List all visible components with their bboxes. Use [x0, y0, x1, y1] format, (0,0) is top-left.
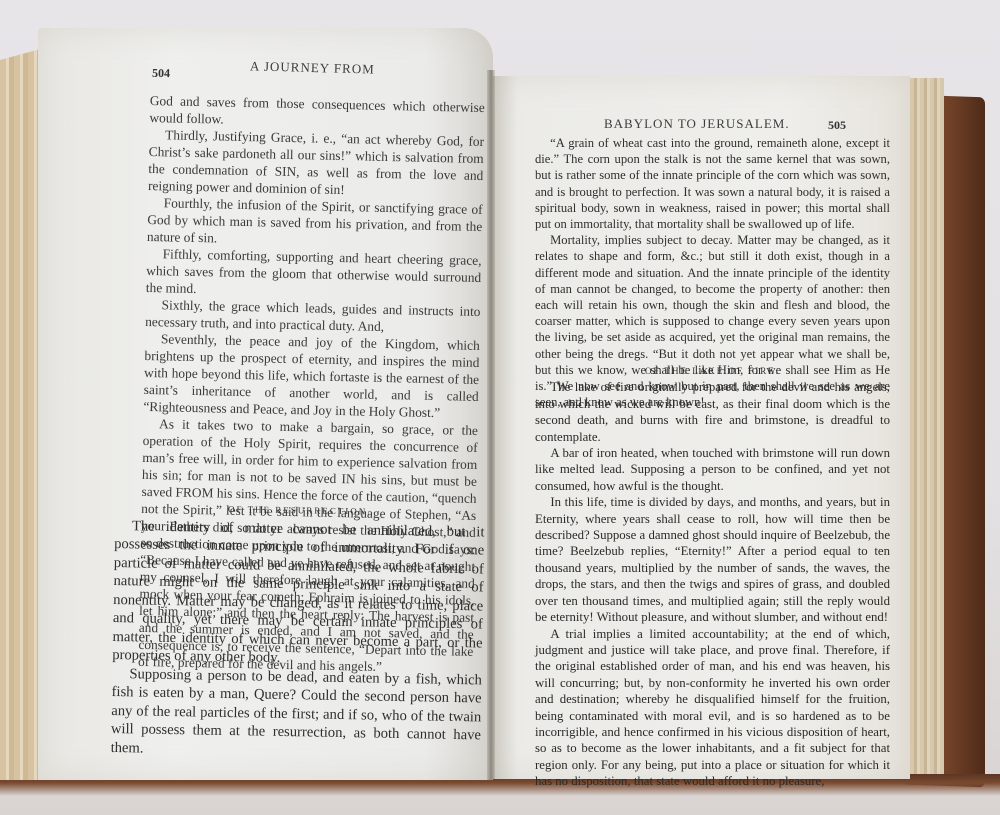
left-page-section: OF THE RESURRECTION. The identity of mat…: [110, 498, 484, 763]
right-page-number: 505: [828, 118, 846, 133]
paragraph: The identity of matter cannot be annihil…: [112, 516, 485, 670]
paragraph: Seventhly, the peace and joy of the King…: [143, 330, 480, 422]
paragraph: A bar of iron heated, when touched with …: [535, 445, 890, 494]
paragraph: “A grain of wheat cast into the ground, …: [535, 135, 890, 232]
paragraph: A trial implies a limited accountability…: [535, 626, 890, 790]
paragraph: Thirdly, Justifying Grace, i. e., “an ac…: [148, 126, 484, 201]
paragraph: The lake of fire originally prepared for…: [535, 379, 890, 445]
right-running-head: BABYLON TO JERUSALEM.: [604, 116, 790, 132]
book-gutter: [487, 70, 495, 780]
paragraph: Fifthly, comforting, supporting and hear…: [146, 245, 482, 303]
left-page-number: 504: [152, 66, 170, 81]
right-page-section: OF THE LAKE OF FIRE. The lake of fire or…: [535, 363, 890, 790]
left-running-head: A JOURNEY FROM: [250, 58, 375, 77]
paragraph: Supposing a person to be dead, and eaten…: [110, 664, 482, 763]
section-heading-lake-of-fire: OF THE LAKE OF FIRE.: [535, 363, 890, 379]
paragraph: Fourthly, the infusion of the Spirit, or…: [147, 194, 483, 252]
paragraph: In this life, time is divided by days, a…: [535, 494, 890, 625]
